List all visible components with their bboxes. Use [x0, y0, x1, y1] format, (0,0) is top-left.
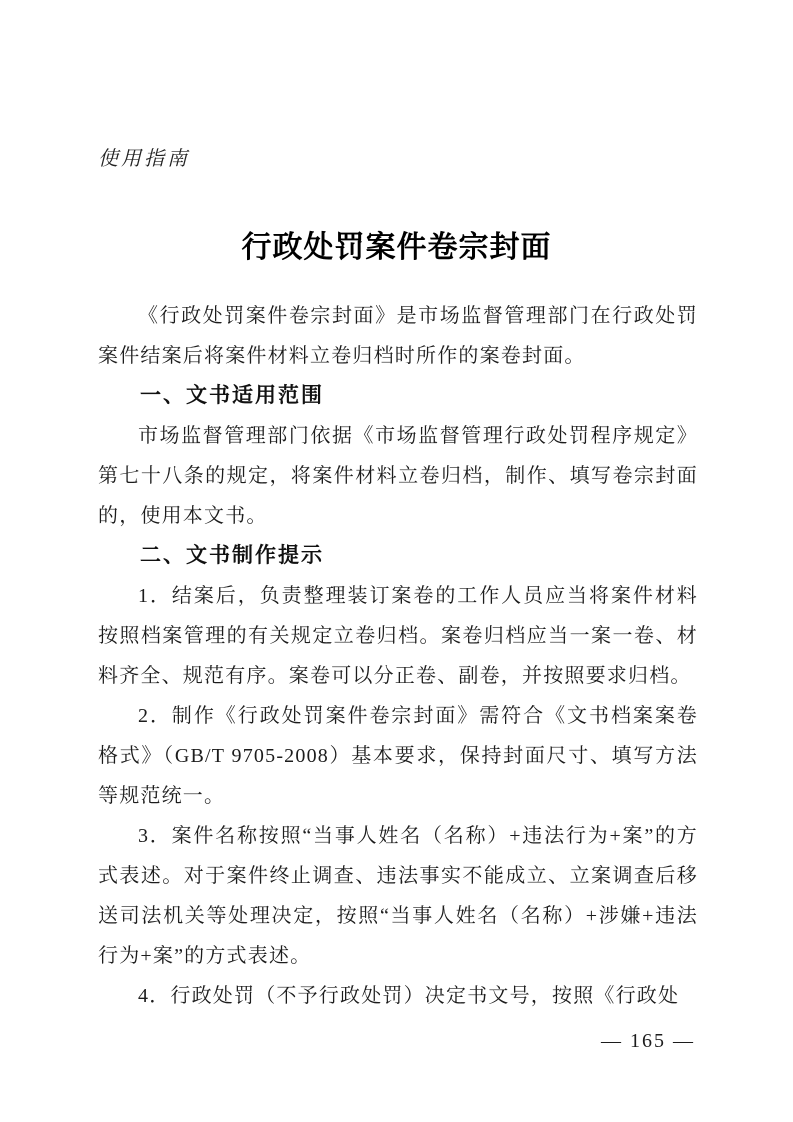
- section-1-paragraph: 市场监督管理部门依据《市场监督管理行政处罚程序规定》第七十八条的规定，将案件材料…: [98, 416, 698, 536]
- document-body: 《行政处罚案件卷宗封面》是市场监督管理部门在行政处罚案件结案后将案件材料立卷归档…: [98, 296, 698, 1016]
- page-number: — 165 —: [601, 1030, 695, 1053]
- intro-paragraph: 《行政处罚案件卷宗封面》是市场监督管理部门在行政处罚案件结案后将案件材料立卷归档…: [98, 296, 698, 376]
- section-2-item-4-truncated: 4．行政处罚（不予行政处罚）决定书文号，按照《行政处: [98, 976, 698, 1016]
- section-2-item-1: 1．结案后，负责整理装订案卷的工作人员应当将案件材料按照档案管理的有关规定立卷归…: [98, 576, 698, 696]
- document-category-label: 使用指南: [98, 142, 190, 171]
- document-page: 使用指南 行政处罚案件卷宗封面 《行政处罚案件卷宗封面》是市场监督管理部门在行政…: [0, 0, 793, 1122]
- section-2-heading: 二、文书制作提示: [98, 536, 698, 576]
- document-title: 行政处罚案件卷宗封面: [0, 227, 793, 269]
- section-2-item-2: 2．制作《行政处罚案件卷宗封面》需符合《文书档案案卷格式》（GB/T 9705-…: [98, 696, 698, 816]
- section-1-heading: 一、文书适用范围: [98, 376, 698, 416]
- section-2-item-3: 3．案件名称按照“当事人姓名（名称）+违法行为+案”的方式表述。对于案件终止调查…: [98, 816, 698, 976]
